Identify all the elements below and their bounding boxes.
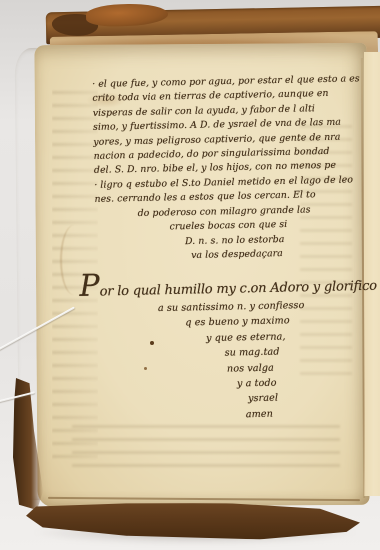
- manuscript-paragraph: · el que fue, y como por agua, por estar…: [92, 72, 362, 207]
- bleedthrough-bottom: [72, 420, 340, 472]
- manuscript-taper-block: do poderoso con milagro grande las cruel…: [99, 203, 350, 266]
- manuscript-photo: · el que fue, y como por agua, por estar…: [0, 0, 380, 550]
- invocation-taper-block: a su santissimo n. y confiesso q es buen…: [119, 297, 346, 425]
